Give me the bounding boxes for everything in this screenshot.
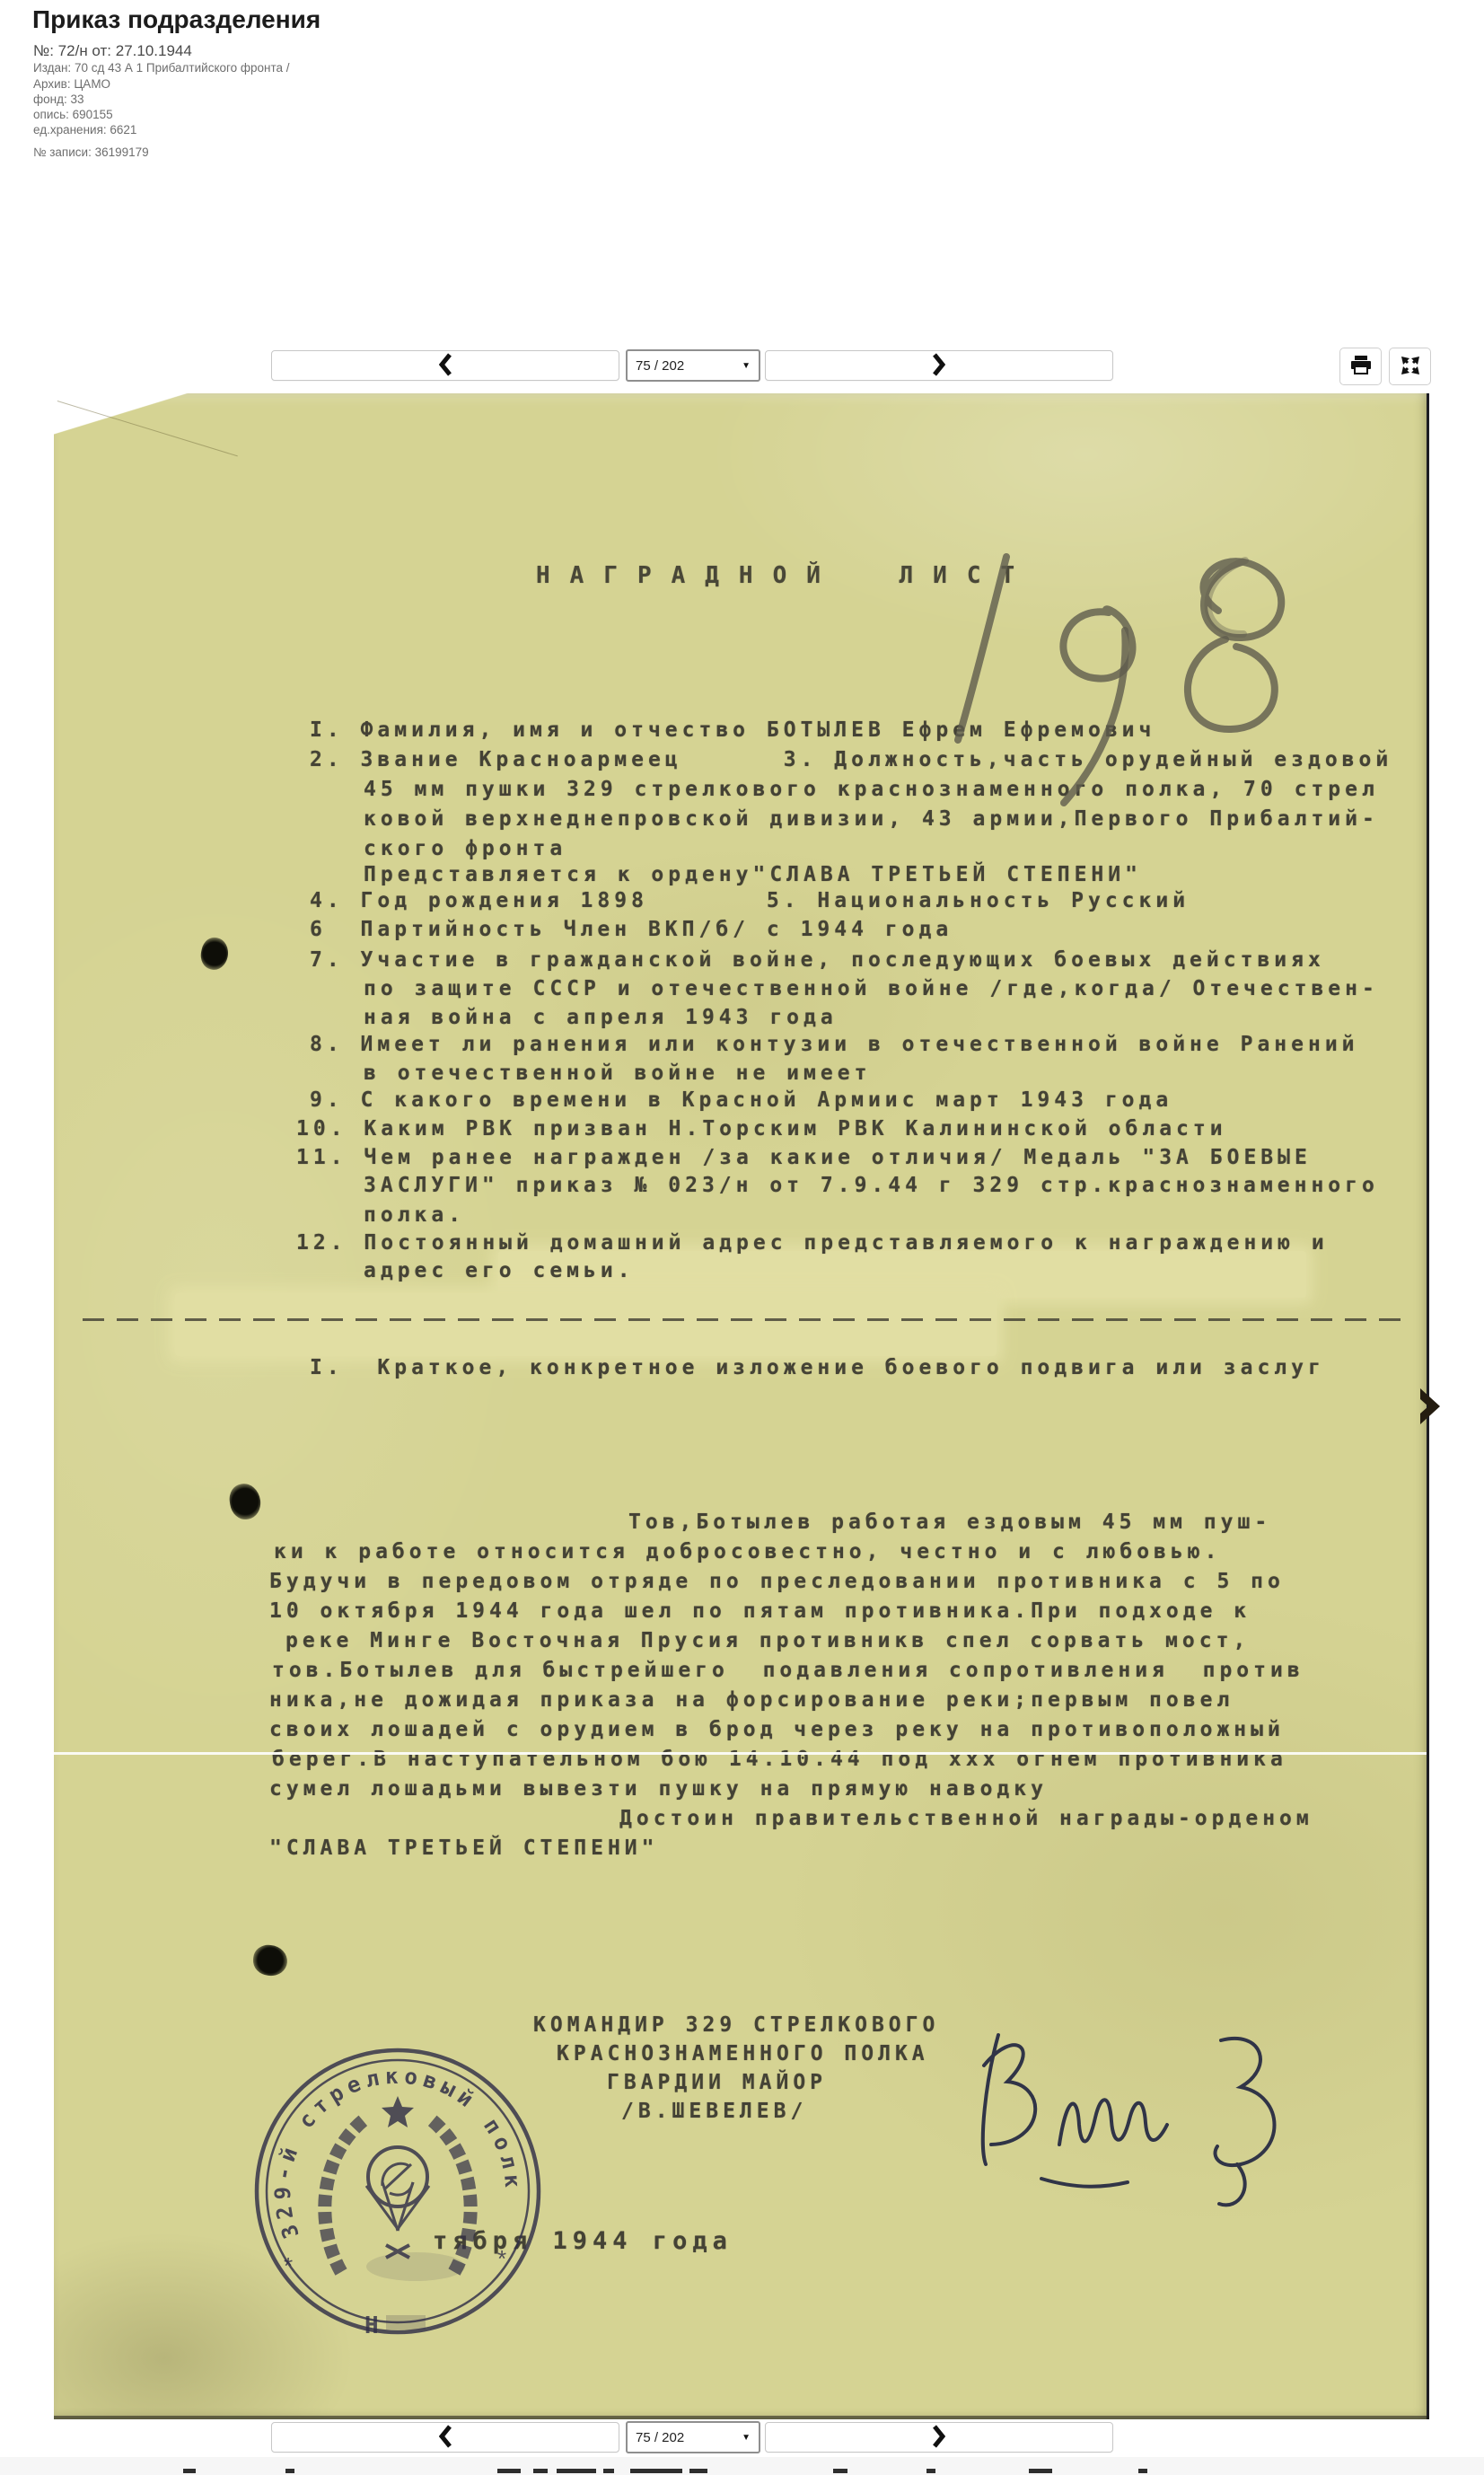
chevron-left-icon [439,2425,452,2451]
page-select-bottom[interactable]: 75 / 202 ▼ [626,2421,760,2453]
bottom-band [0,2457,1484,2475]
typed-line: КРАСНОЗНАМЕННОГО ПОЛКА [557,2042,929,2065]
cutoff-content-fragment [497,2469,521,2473]
typed-line: КОМАНДИР 329 СТРЕЛКОВОГО [533,2013,939,2037]
typed-line: своих лошадей с орудием в брод через рек… [269,1718,1285,1741]
stamp-star-right: * [497,2245,506,2272]
chevron-right-icon [933,2425,945,2451]
typed-line: 10. Каким РВК призван Н.Торским РВК Кали… [296,1117,1227,1141]
scan-bottom-edge [54,2416,1429,2419]
fullscreen-expand-icon [1400,355,1421,379]
cutoff-content-fragment [630,2469,682,2473]
next-page-button[interactable] [765,350,1113,381]
cutoff-content-fragment [1029,2469,1052,2473]
typed-line: реке Минге Восточная Прусия противникв с… [285,1629,1250,1652]
prev-page-button[interactable] [271,350,619,381]
page-title: Приказ подразделения [32,5,321,34]
typed-line: 6 Партийность Член ВКП/б/ с 1944 года [310,918,953,941]
cutoff-content-fragment [557,2469,596,2473]
typed-line: ГВАРДИИ МАЙОР [607,2071,827,2094]
typed-dashed-divider [83,1318,1402,1321]
typed-line: 4. Год рождения 1898 5. Национальность Р… [310,889,1190,912]
typed-line: полка. [364,1203,465,1227]
svg-text:329-й стрелковый полк: 329-й стрелковый полк [270,2064,525,2242]
fond-line: фонд: 33 [33,92,83,106]
typed-line: 7. Участие в гражданской войне, последую… [310,948,1325,972]
printer-icon [1350,356,1372,378]
typed-line: ЗАСЛУГИ" приказ № 023/н от 7.9.44 г 329 … [364,1174,1379,1197]
page-select[interactable]: 75 / 202 ▼ [626,349,760,382]
page-indicator: 75 / 202 [636,2430,684,2445]
next-page-button-bottom[interactable] [765,2422,1113,2453]
cutoff-content-fragment [533,2469,548,2473]
typed-line: 12. Постоянный домашний адрес представля… [296,1231,1329,1255]
cutoff-content-fragment [689,2469,707,2473]
handwritten-number-198 [884,505,1297,828]
typed-line: ского фронта [364,837,566,860]
page-indicator: 75 / 202 [636,358,684,374]
paper-corner-fold [54,393,189,435]
stamp-bottom-text: Н [364,2312,379,2339]
opis-line: опись: 690155 [33,108,113,121]
stamp-ring-text: 329-й стрелковый полк [270,2064,525,2242]
cutoff-content-fragment [285,2469,294,2473]
chevron-right-icon [933,353,945,379]
chevron-left-icon [439,353,452,379]
typed-line: сумел лошадьми вывезти пушку на прямую н… [269,1777,1048,1801]
dropdown-caret-icon: ▼ [742,361,751,371]
scan-artifact-line [54,1752,1429,1755]
doc-number-and-date: №: 72/н от: 27.10.1944 [33,42,192,60]
typed-line: /В.ШЕВЕЛЕВ/ [621,2100,807,2123]
fullscreen-button[interactable] [1389,348,1431,385]
typed-line: берег.В наступательном бою 14.10.44 под … [272,1748,1287,1771]
print-button[interactable] [1339,348,1382,385]
typed-line: Представляется к ордену"СЛАВА ТРЕТЬЕЙ СТ… [364,863,1142,886]
dropdown-caret-icon: ▼ [742,2433,751,2443]
typed-line: I. Краткое, конкретное изложение боевого… [310,1356,1325,1379]
typed-line: Будучи в передовом отряде по преследован… [269,1570,1285,1593]
commander-signature [952,2010,1311,2216]
cutoff-content-fragment [183,2469,196,2473]
typed-line: Тов,Ботылев работая ездовым 45 мм пуш- [628,1511,1271,1534]
issued-by-line: Издан: 70 сд 43 А 1 Прибалтийского фронт… [33,61,290,75]
typed-line: 10 октября 1944 года шел по пятам против… [269,1599,1251,1623]
unit-stamp: 329-й стрелковый полк * * Н [232,2040,564,2355]
typed-line: ная война с апреля 1943 года [364,1006,838,1029]
stamp-star-left: * [284,2252,293,2279]
typed-line: "СЛАВА ТРЕТЬЕЙ СТЕПЕНИ" [269,1836,659,1860]
archive-line: Архив: ЦАМО [33,77,110,91]
cutoff-content-fragment [926,2469,935,2473]
archive-document-viewer-page: Приказ подразделения №: 72/н от: 27.10.1… [0,0,1484,2475]
typed-line: ника,не дожидая приказа на форсирование … [269,1688,1234,1712]
typed-line: тов.Ботылев для быстрейшего подавления с… [272,1659,1304,1682]
prev-page-button-bottom[interactable] [271,2422,619,2453]
typed-line: по защите СССР и отечественной войне /гд… [364,977,1379,1000]
storage-unit-line: ед.хранения: 6621 [33,123,136,137]
typed-line: в отечественной войне не имеет [364,1061,871,1085]
typed-line: Достоин правительственной награды-ордено… [619,1807,1313,1830]
redaction-blur-box [175,1293,997,1356]
typed-line: 9. С какого времени в Красной Армиис мар… [310,1088,1172,1112]
typed-line: 8. Имеет ли ранения или контузии в отече… [310,1033,1359,1056]
cutoff-content-fragment [603,2469,614,2473]
cutoff-content-fragment [833,2469,847,2473]
record-number-line: № записи: 36199179 [33,145,149,159]
next-page-overlay-arrow[interactable] [1417,1387,1444,1426]
cutoff-content-fragment [1138,2469,1147,2473]
typed-line: ки к работе относится добросовестно, чес… [274,1540,1221,1563]
typed-line: адрес его семьи. [364,1259,635,1282]
typed-line: 11. Чем ранее награжден /за какие отличи… [296,1146,1312,1169]
